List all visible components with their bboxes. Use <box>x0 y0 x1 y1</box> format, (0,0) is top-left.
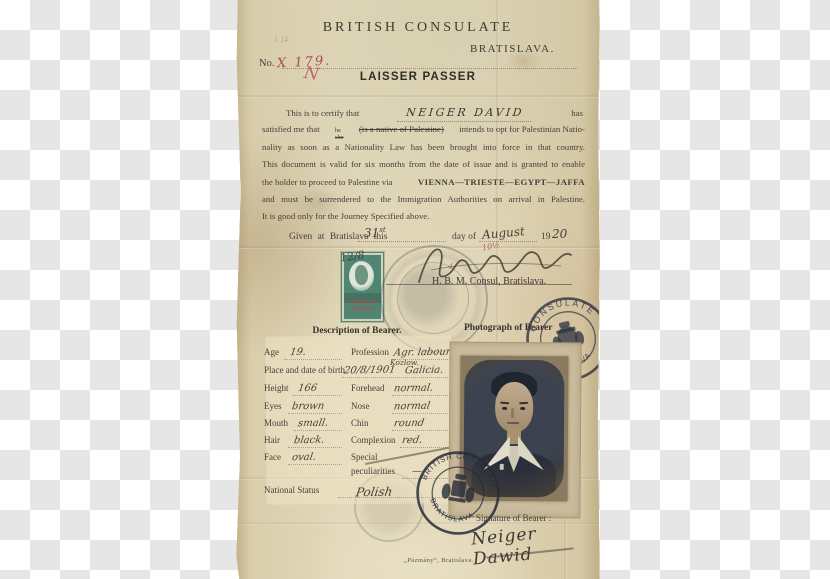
consular-overprint-1: CONSULAR <box>344 299 381 304</box>
paper-crease <box>236 95 600 98</box>
day-handwritten: 31st <box>364 226 386 240</box>
certificate-line-1: This is to certify that NEIGER DAVID has <box>262 104 585 121</box>
certificate-line-3: nality as soon as a Nationality Law has … <box>262 139 585 156</box>
consular-overprint-2: SERVICE <box>344 306 381 311</box>
certificate-line-5: the holder to proceed to Palestine via V… <box>262 174 585 191</box>
city-heading: BRATISLAVA. <box>470 43 555 55</box>
bearer-name-handwritten: NEIGER DAVID <box>397 104 533 122</box>
consulate-heading: BRITISH CONSULATE <box>236 20 600 36</box>
certificate-line-2: satisfied me that he she (is a native of… <box>262 121 585 138</box>
year-handwritten: 20 <box>552 227 567 241</box>
certificate-line-7: It is good only for the Journey Specifie… <box>262 208 585 225</box>
number-label: No. <box>259 58 274 69</box>
transparent-checkerboard-background: BRITISH CONSULATE BRATISLAVA. 1 14 No. X… <box>0 0 830 579</box>
certificate-line-4: This document is valid for six months fr… <box>262 156 585 173</box>
printer-imprint: „Pázmány“, Bratislava. <box>404 557 474 564</box>
certificate-line-6: and must be surrendered to the Immigrati… <box>262 191 585 208</box>
certificate-text: This is to certify that NEIGER DAVID has… <box>262 104 585 226</box>
travel-route: VIENNA—TRIESTE—EGYPT—JAFFA <box>418 174 585 191</box>
struck-clause: (is a native of Palestine) <box>359 121 444 138</box>
document-title: LAISSER PASSER <box>236 71 600 83</box>
laisser-passer-document: BRITISH CONSULATE BRATISLAVA. 1 14 No. X… <box>236 0 600 579</box>
pencil-annotation: 1 14 <box>274 35 288 44</box>
bearer-signature-label: Signature of Bearer : <box>476 513 551 523</box>
king-portrait-silhouette <box>355 265 368 285</box>
ruled-line <box>282 68 578 69</box>
description-heading: Description of Bearer. <box>268 326 446 336</box>
photograph-heading: Photograph of Bearer <box>464 323 552 333</box>
